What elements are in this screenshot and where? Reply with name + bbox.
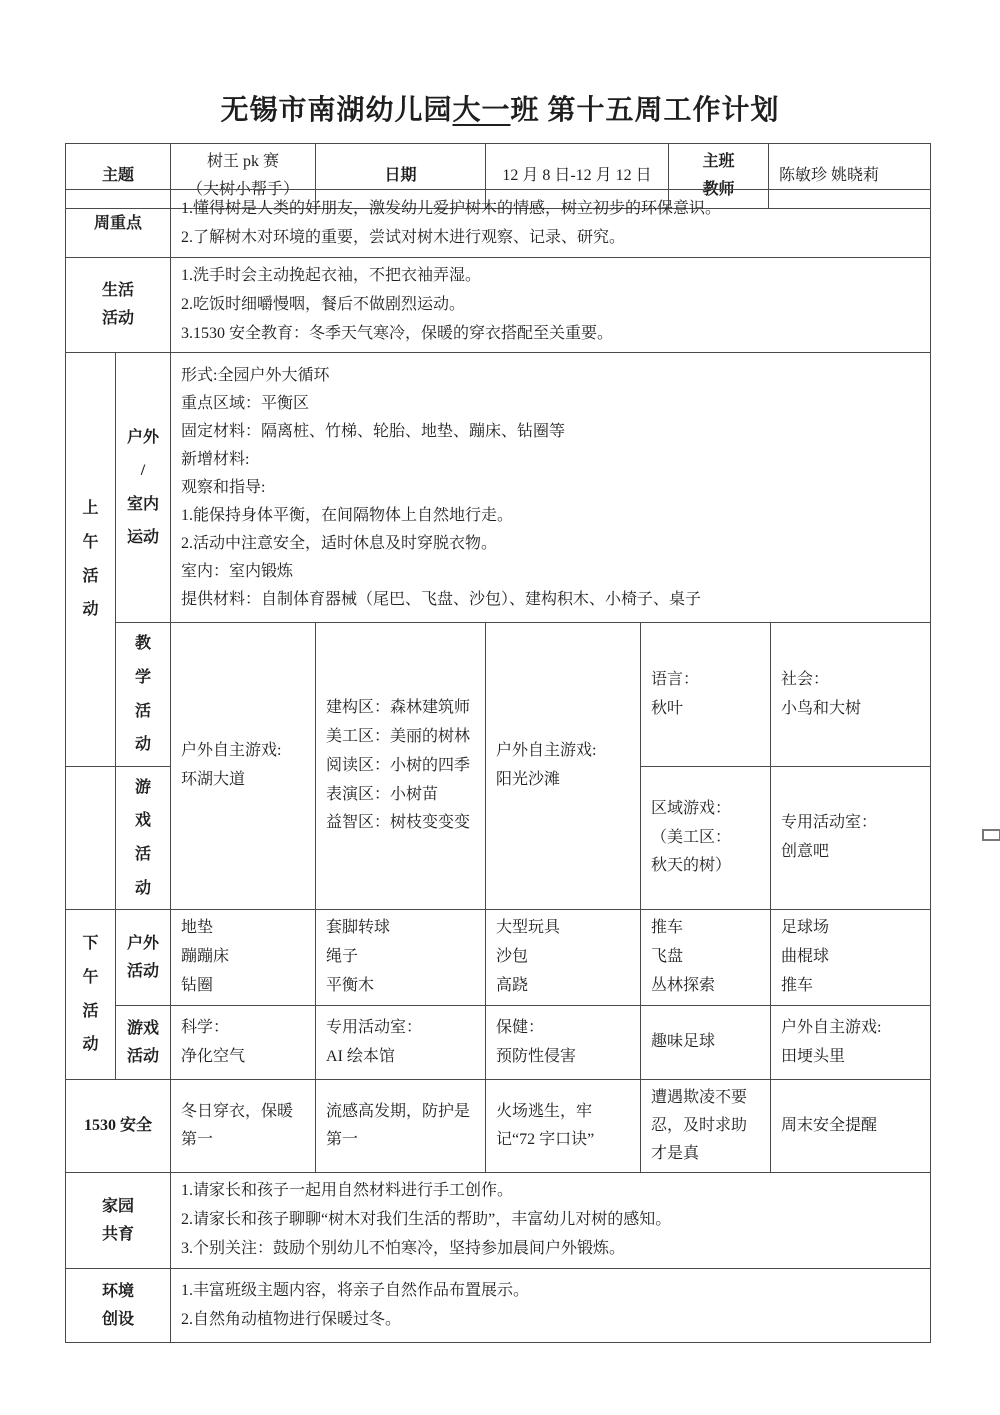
title-part1: 无锡市南湖幼儿园	[220, 95, 452, 126]
safety-row: 1530 安全 冬日穿衣，保暖第一 流感高发期，防护是第一 火场逃生，牢记“72…	[66, 1080, 931, 1173]
cell-special-room: 专用活动室： 创意吧	[771, 766, 931, 909]
title-underlined-class-name: 大一	[452, 95, 510, 126]
environment-row: 环境 创设 1.丰富班级主题内容，将亲子自然作品布置展示。 2.自然角动植物进行…	[66, 1269, 931, 1343]
cell-morning-games-label: 游 戏 活 动	[116, 766, 171, 909]
cell-environment-content: 1.丰富班级主题内容，将亲子自然作品布置展示。 2.自然角动植物进行保暖过冬。	[171, 1269, 931, 1343]
cell-afternoon-label: 下 午 活 动	[66, 910, 116, 1080]
cell-week-focus-label: 周重点	[66, 190, 171, 258]
family-row: 家园 共育 1.请家长和孩子一起用自然材料进行手工创作。 2.请家长和孩子聊聊“…	[66, 1173, 931, 1269]
cell-safety-4: 遭遇欺凌不要忍，及时求助才是真	[641, 1080, 771, 1173]
cell-afternoon-games-1: 科学： 净化空气	[171, 1006, 316, 1080]
cell-afternoon-outdoor-2: 套脚转球 绳子 平衡木	[316, 910, 486, 1006]
document-page: 无锡市南湖幼儿园大一班 第十五周工作计划 主题 树王 pk 赛 （大树小帮手） …	[0, 0, 1000, 1415]
cell-afternoon-games-2: 专用活动室： AI 绘本馆	[316, 1006, 486, 1080]
afternoon-outdoor-row: 下 午 活 动 户外 活动 地垫 蹦蹦床 钻圈 套脚转球 绳子 平衡木 大型玩具…	[66, 910, 931, 1006]
page-margin-artifact	[982, 829, 1000, 841]
cell-empty	[66, 766, 116, 909]
cell-life-label: 生活 活动	[66, 258, 171, 353]
plan-table: 周重点 1.懂得树是人类的好朋友，激发幼儿爱护树木的情感，树立初步的环保意识。 …	[65, 189, 931, 1343]
cell-morning-exercise-content: 形式:全园户外大循环 重点区域：平衡区 固定材料：隔离桩、竹梯、轮胎、地垫、蹦床…	[171, 353, 931, 623]
morning-exercise-row: 上 午 活 动 户外 / 室内 运动 形式:全园户外大循环 重点区域：平衡区 固…	[66, 353, 931, 623]
cell-afternoon-outdoor-3: 大型玩具 沙包 高跷	[486, 910, 641, 1006]
cell-family-label: 家园 共育	[66, 1173, 171, 1269]
afternoon-games-row: 游戏 活动 科学： 净化空气 专用活动室： AI 绘本馆 保健： 预防性侵害 趣…	[66, 1006, 931, 1080]
title-part2: 班 第十五周工作计划	[511, 95, 780, 126]
cell-language-activity: 语言： 秋叶	[641, 623, 771, 766]
cell-afternoon-outdoor-label: 户外 活动	[116, 910, 171, 1006]
cell-environment-label: 环境 创设	[66, 1269, 171, 1343]
cell-week-focus-content: 1.懂得树是人类的好朋友，激发幼儿爱护树木的情感，树立初步的环保意识。 2.了解…	[171, 190, 931, 258]
cell-afternoon-outdoor-1: 地垫 蹦蹦床 钻圈	[171, 910, 316, 1006]
teaching-activity-row: 教 学 活 动 户外自主游戏: 环湖大道 建构区：森林建筑师 美工区：美丽的树林…	[66, 623, 931, 766]
cell-outdoor-free-game-1: 户外自主游戏: 环湖大道	[171, 623, 316, 910]
cell-outdoor-free-game-2: 户外自主游戏: 阳光沙滩	[486, 623, 641, 910]
life-activity-row: 生活 活动 1.洗手时会主动挽起衣袖，不把衣袖弄湿。 2.吃饭时细嚼慢咽，餐后不…	[66, 258, 931, 353]
cell-morning-exercise-label: 户外 / 室内 运动	[116, 353, 171, 623]
cell-regional-games: 区域游戏： （美工区： 秋天的树）	[641, 766, 771, 909]
cell-afternoon-games-3: 保健： 预防性侵害	[486, 1006, 641, 1080]
cell-family-content: 1.请家长和孩子一起用自然材料进行手工创作。 2.请家长和孩子聊聊“树木对我们生…	[171, 1173, 931, 1269]
cell-afternoon-games-label: 游戏 活动	[116, 1006, 171, 1080]
week-focus-row: 周重点 1.懂得树是人类的好朋友，激发幼儿爱护树木的情感，树立初步的环保意识。 …	[66, 190, 931, 258]
cell-safety-label: 1530 安全	[66, 1080, 171, 1173]
cell-morning-label: 上 午 活 动	[66, 353, 116, 766]
cell-afternoon-outdoor-5: 足球场 曲棍球 推车	[771, 910, 931, 1006]
cell-life-content: 1.洗手时会主动挽起衣袖，不把衣袖弄湿。 2.吃饭时细嚼慢咽，餐后不做剧烈运动。…	[171, 258, 931, 353]
cell-safety-2: 流感高发期，防护是第一	[316, 1080, 486, 1173]
cell-safety-3: 火场逃生，牢记“72 字口诀”	[486, 1080, 641, 1173]
cell-social-activity: 社会： 小鸟和大树	[771, 623, 931, 766]
cell-safety-1: 冬日穿衣，保暖第一	[171, 1080, 316, 1173]
cell-afternoon-games-5: 户外自主游戏: 田埂头里	[771, 1006, 931, 1080]
cell-afternoon-games-4: 趣味足球	[641, 1006, 771, 1080]
page-title: 无锡市南湖幼儿园大一班 第十五周工作计划	[0, 88, 1000, 128]
cell-teaching-label: 教 学 活 动	[116, 623, 171, 766]
cell-afternoon-outdoor-4: 推车 飞盘 丛林探索	[641, 910, 771, 1006]
cell-activity-areas: 建构区：森林建筑师 美工区：美丽的树林 阅读区：小树的四季 表演区：小树苗 益智…	[316, 623, 486, 910]
cell-safety-5: 周末安全提醒	[771, 1080, 931, 1173]
